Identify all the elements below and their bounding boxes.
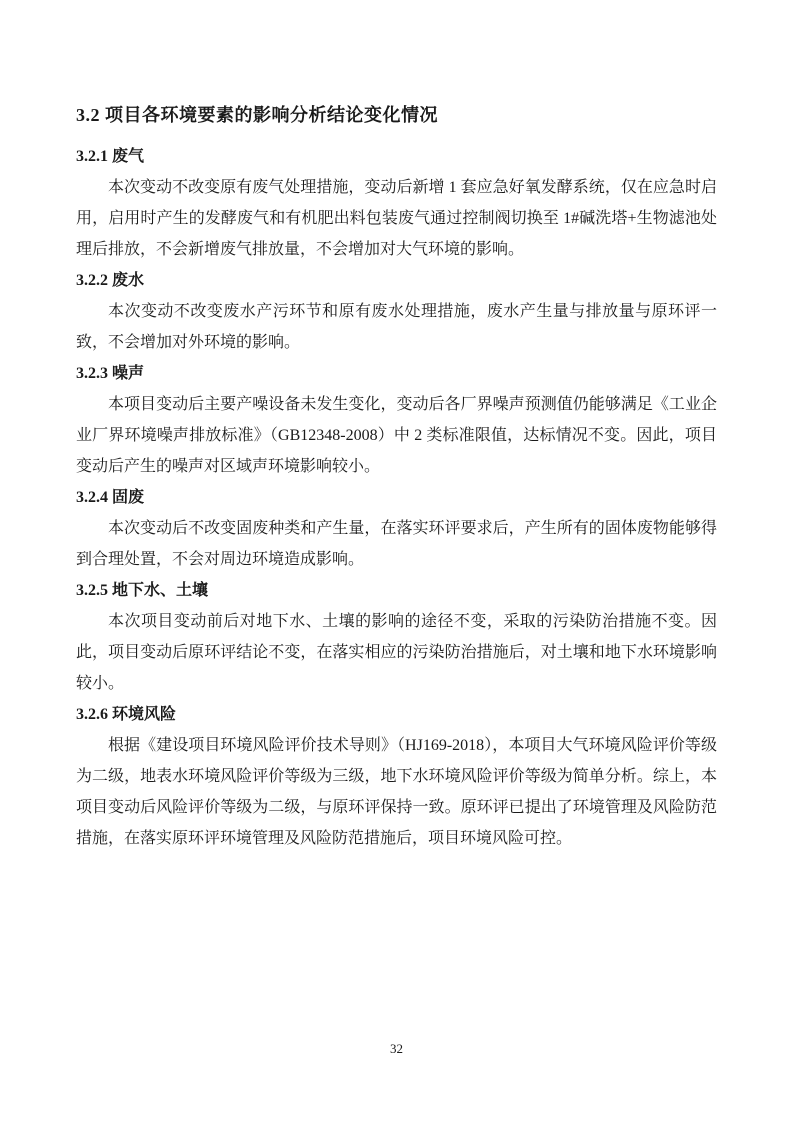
document-content: 3.2 项目各环境要素的影响分析结论变化情况 3.2.1 废气 本次变动不改变原… bbox=[76, 100, 717, 854]
section-title: 3.2 项目各环境要素的影响分析结论变化情况 bbox=[76, 100, 717, 131]
section-paragraph: 本次变动不改变原有废气处理措施，变动后新增 1 套应急好氧发酵系统，仅在应急时启… bbox=[76, 172, 717, 265]
section-heading: 3.2.2 废水 bbox=[76, 265, 717, 296]
section-environmental-risk: 3.2.6 环境风险 根据《建设项目环境风险评价技术导则》（HJ169-2018… bbox=[76, 699, 717, 854]
section-waste-water: 3.2.2 废水 本次变动不改变废水产污环节和原有废水处理措施，废水产生量与排放… bbox=[76, 265, 717, 358]
section-heading: 3.2.1 废气 bbox=[76, 141, 717, 172]
section-paragraph: 根据《建设项目环境风险评价技术导则》（HJ169-2018），本项目大气环境风险… bbox=[76, 730, 717, 854]
page-number: 32 bbox=[390, 1041, 403, 1056]
document-page: 3.2 项目各环境要素的影响分析结论变化情况 3.2.1 废气 本次变动不改变原… bbox=[0, 0, 793, 1122]
section-heading: 3.2.5 地下水、土壤 bbox=[76, 575, 717, 606]
section-solid-waste: 3.2.4 固废 本次变动后不改变固废种类和产生量，在落实环评要求后，产生所有的… bbox=[76, 482, 717, 575]
section-groundwater-soil: 3.2.5 地下水、土壤 本次项目变动前后对地下水、土壤的影响的途径不变，采取的… bbox=[76, 575, 717, 699]
section-paragraph: 本项目变动后主要产噪设备未发生变化，变动后各厂界噪声预测值仍能够满足《工业企业厂… bbox=[76, 389, 717, 482]
section-heading: 3.2.4 固废 bbox=[76, 482, 717, 513]
section-paragraph: 本次变动不改变废水产污环节和原有废水处理措施，废水产生量与排放量与原环评一致，不… bbox=[76, 296, 717, 358]
section-paragraph: 本次变动后不改变固废种类和产生量，在落实环评要求后，产生所有的固体废物能够得到合… bbox=[76, 513, 717, 575]
section-heading: 3.2.6 环境风险 bbox=[76, 699, 717, 730]
section-waste-gas: 3.2.1 废气 本次变动不改变原有废气处理措施，变动后新增 1 套应急好氧发酵… bbox=[76, 141, 717, 265]
section-noise: 3.2.3 噪声 本项目变动后主要产噪设备未发生变化，变动后各厂界噪声预测值仍能… bbox=[76, 358, 717, 482]
page-footer: 32 bbox=[0, 1040, 793, 1058]
section-paragraph: 本次项目变动前后对地下水、土壤的影响的途径不变，采取的污染防治措施不变。因此，项… bbox=[76, 606, 717, 699]
section-heading: 3.2.3 噪声 bbox=[76, 358, 717, 389]
